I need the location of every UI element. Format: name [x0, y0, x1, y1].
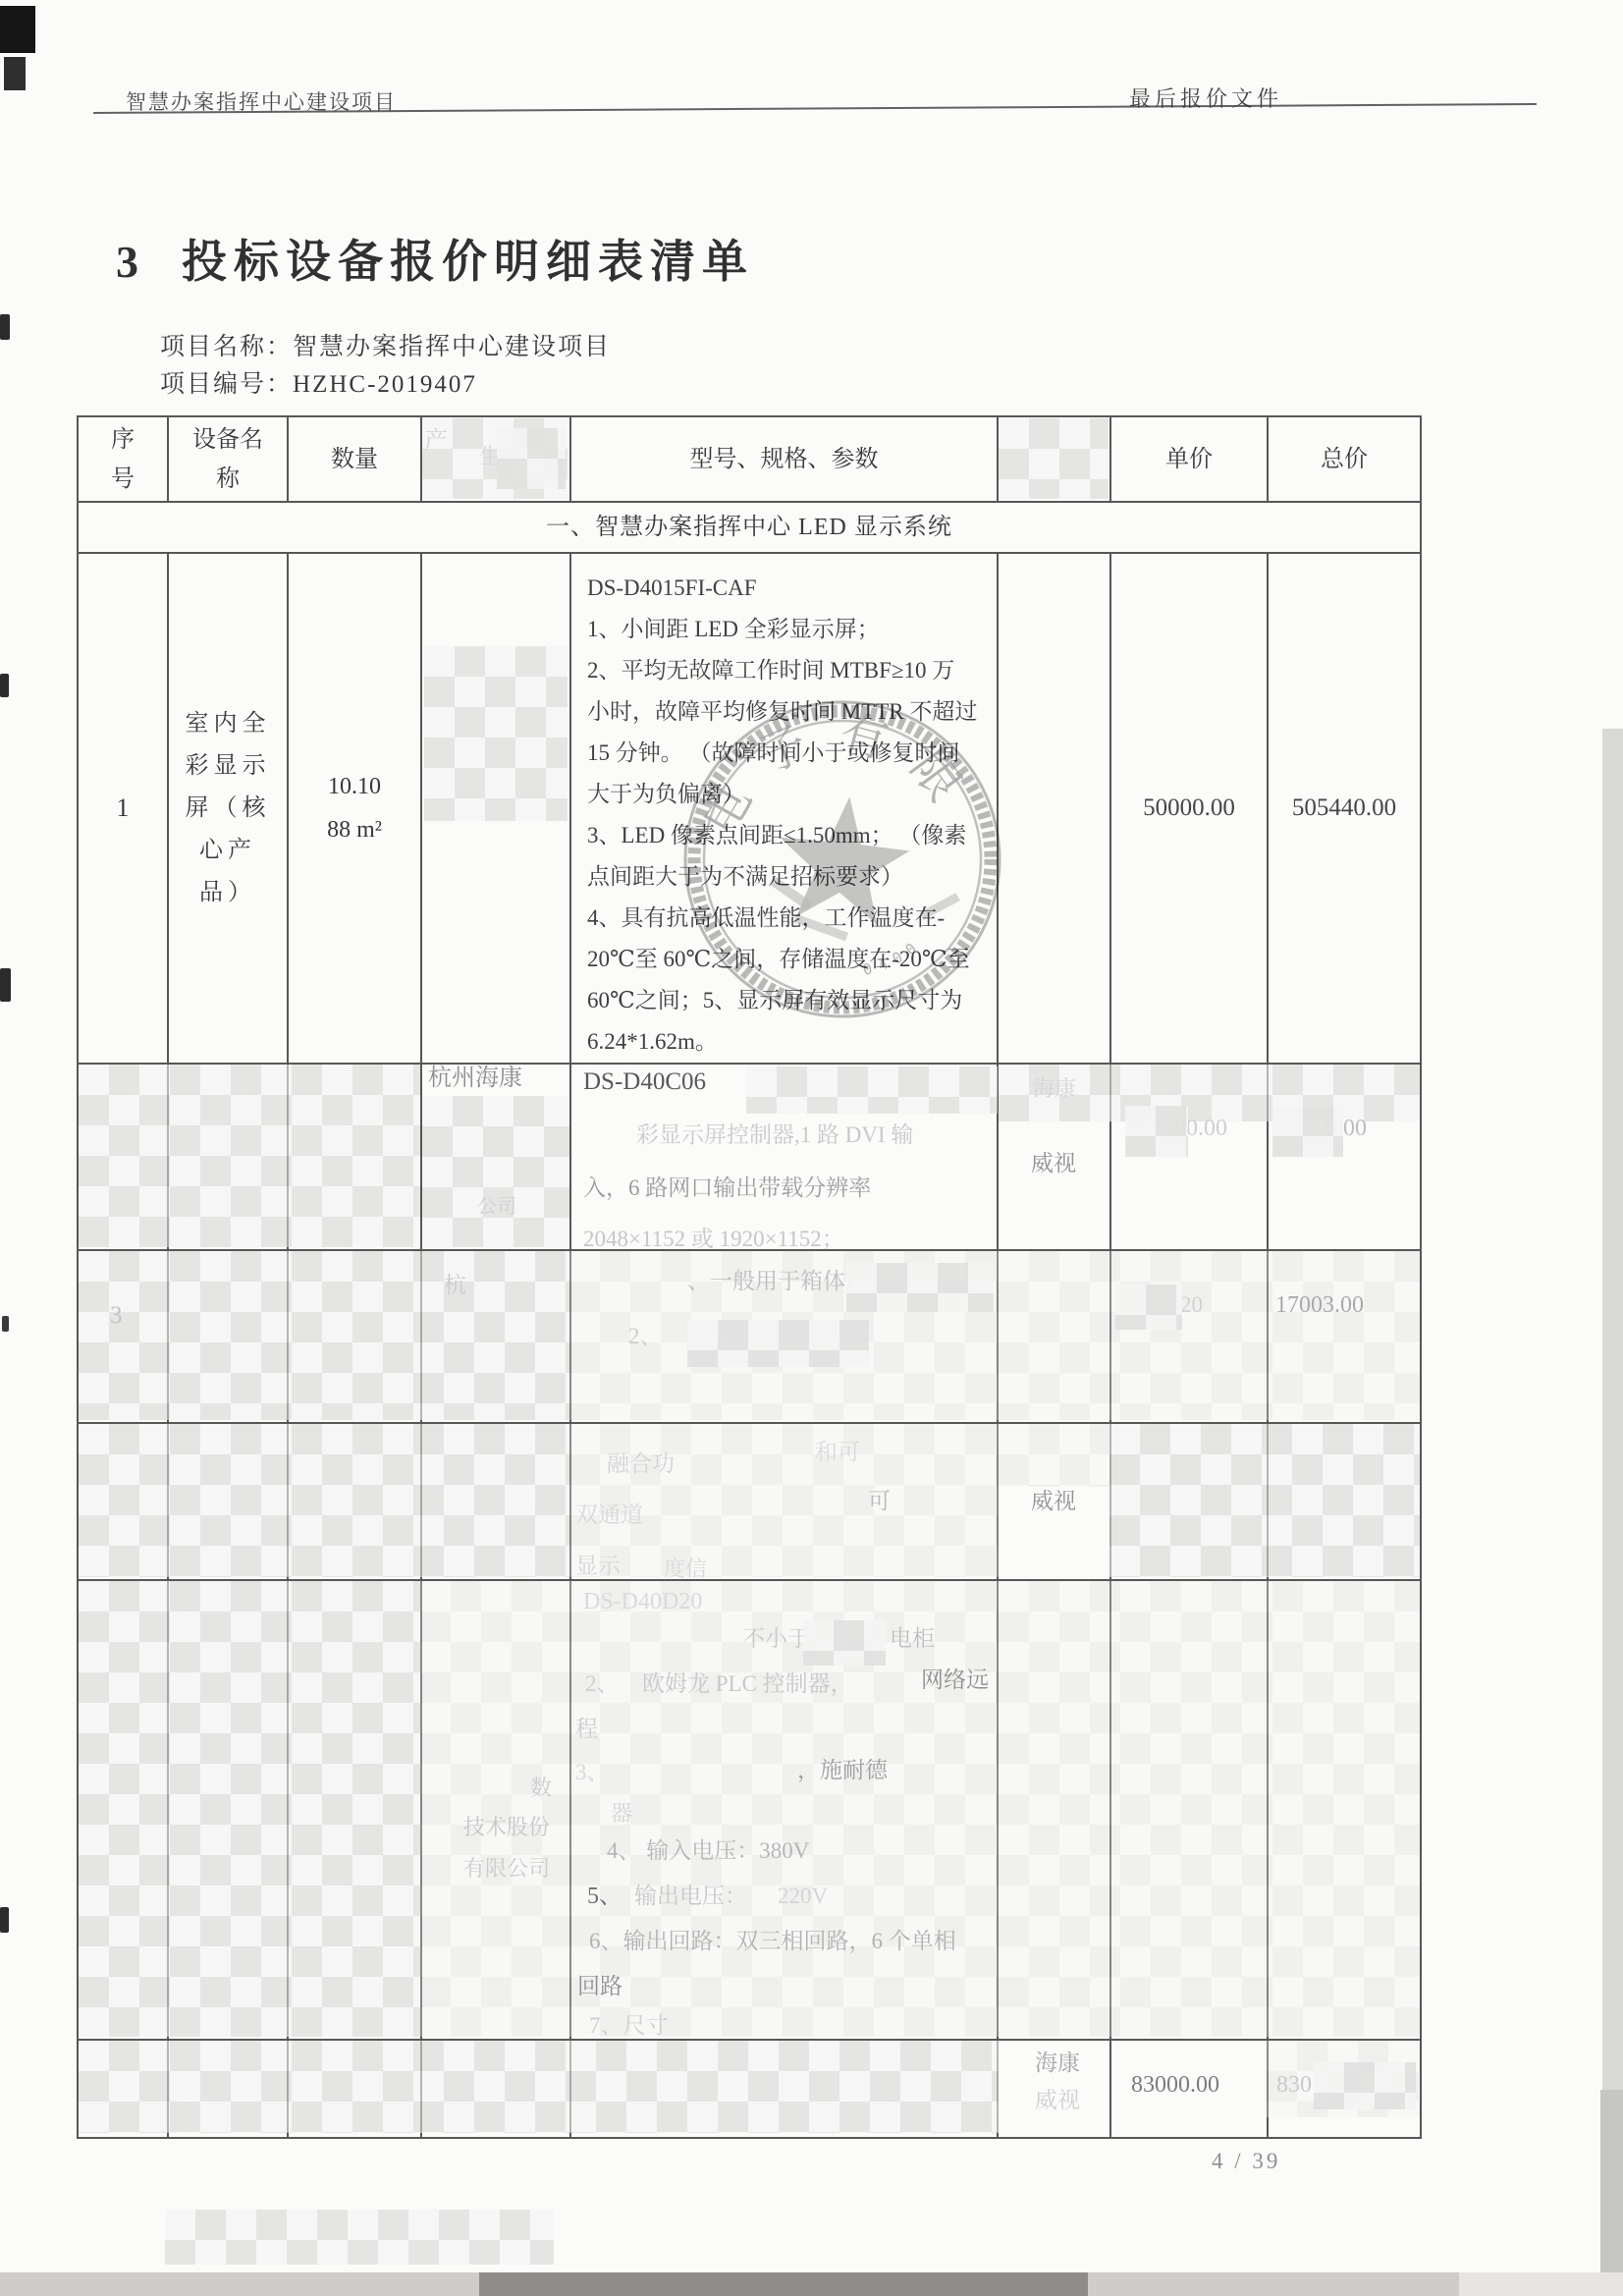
censored-text-fragment: 网络远: [921, 1667, 989, 1693]
censored-text-fragment: 220V: [778, 1884, 828, 1909]
r1-qty-cell: 10.10 88 m²: [289, 554, 422, 1065]
censored-text-fragment: 有限公司: [463, 1856, 550, 1881]
th-seq: 序 号: [79, 417, 169, 503]
scan-artifact-left-dash: [0, 674, 9, 697]
r1-unit-price-cell: 50000.00: [1111, 554, 1269, 1065]
censor-mosaic: [79, 1065, 420, 1247]
censored-text-fragment: 数: [530, 1776, 552, 1800]
censored-text-fragment: 2、: [585, 1671, 620, 1697]
censored-text-fragment: 6、输出回路：双三相回路，6 个单相: [589, 1929, 956, 1954]
section-row-led-system: 一、智慧办案指挥中心 LED 显示系统: [79, 503, 1422, 554]
censored-text-fragment: ，施耐德: [797, 1758, 888, 1783]
censored-text-fragment: 入，6 路网口输出带载分辨率: [583, 1175, 871, 1201]
running-header-right: 最后报价文件: [1129, 82, 1282, 113]
censor-mosaic: [79, 1424, 569, 1577]
company-seal-stamp: 电子有限 0400: [676, 692, 1009, 1026]
th-qty: 数量: [289, 417, 422, 503]
censor-mosaic-over: [687, 1320, 869, 1367]
censored-text-fragment: 公司: [477, 1196, 516, 1219]
censored-text-fragment: 回路: [577, 1974, 622, 1999]
censored-text-fragment: 、一般用于箱体产: [687, 1269, 868, 1294]
censored-text-fragment: 输出电压：: [634, 1884, 747, 1909]
project-name-label: 项目名称：: [160, 334, 293, 360]
censored-text-fragment: 不小于: [742, 1626, 810, 1652]
project-name-line: 项目名称：智慧办案指挥中心建设项目: [160, 327, 611, 362]
censored-text-fragment: 技术股份: [463, 1815, 550, 1839]
scan-artifact-bottom-band: [479, 2272, 1088, 2296]
censored-text-fragment: 海康: [1035, 2050, 1080, 2076]
seal-serial-digits: 0400: [861, 935, 926, 979]
censored-text-fragment: 融合功: [607, 1451, 675, 1477]
censor-mosaic-over: [497, 428, 566, 489]
censor-mosaic: [420, 1581, 569, 2037]
censored-text-fragment: 器: [611, 1801, 632, 1826]
censored-text-fragment: 海康: [1033, 1076, 1076, 1101]
censored-text-fragment: 双通道: [575, 1503, 643, 1528]
scan-artifact-bottom-band: [1459, 2272, 1623, 2296]
page-number: 4 / 39: [1212, 2149, 1280, 2174]
censored-text-fragment: DS-D40D20: [583, 1589, 702, 1616]
scan-artifact-left-dash: [2, 1316, 9, 1332]
censor-mosaic-over: [1115, 1285, 1182, 1330]
censor-mosaic: [79, 1251, 569, 1420]
project-code-value: HZHC-2019407: [293, 371, 477, 398]
censored-text-fragment: 威视: [1031, 1151, 1076, 1176]
censor-mosaic: [999, 1581, 1420, 2037]
censored-text-fragment: 83000.00: [1131, 2072, 1219, 2100]
censored-text-fragment: 杭: [444, 1273, 466, 1298]
censored-text-fragment: 5、: [587, 1884, 622, 1911]
censored-text-fragment: 830: [1276, 2072, 1312, 2100]
scan-artifact-right-strip: [1600, 2090, 1623, 2296]
project-code-line: 项目编号：HZHC-2019407: [160, 364, 477, 400]
r1-total-price-cell: 505440.00: [1269, 554, 1422, 1065]
th-unit-price: 单价: [1111, 417, 1269, 503]
censored-text-fragment: 和可: [815, 1440, 860, 1465]
censored-text-fragment: 杭州海康: [428, 1066, 522, 1093]
censored-text-fragment: 欧姆龙 PLC 控制器，: [642, 1671, 853, 1697]
censor-mosaic: [79, 1581, 420, 2037]
censored-text-fragment: 威视: [1031, 1489, 1076, 1514]
censored-text-fragment: 2、: [628, 1324, 663, 1349]
censor-mosaic-over: [1125, 1106, 1188, 1157]
censor-mosaic-over: [1272, 1106, 1343, 1157]
censored-text-fragment: 彩显示屏控制器,1 路 DVI 输: [636, 1122, 913, 1148]
scan-artifact-corner-mark: [0, 6, 35, 53]
scan-artifact-left-dash: [0, 314, 10, 340]
censor-mosaic: [422, 1096, 569, 1247]
censor-mosaic: [79, 2041, 999, 2133]
th-device-name: 设备名 称: [169, 417, 289, 503]
scan-artifact-left-dash: [0, 1907, 9, 1933]
scan-artifact-left-dash: [0, 968, 11, 1002]
censor-mosaic: [999, 1251, 1420, 1420]
seal-scribble-mark: [919, 893, 959, 920]
censored-text-fragment: 3: [110, 1302, 123, 1331]
censor-mosaic-over: [803, 1620, 886, 1666]
censor-mosaic: [746, 1066, 998, 1114]
censor-mosaic: [999, 1424, 1109, 1487]
project-code-label: 项目编号：: [160, 371, 293, 398]
censored-text-fragment: 17003.00: [1275, 1292, 1364, 1320]
r1-seq-cell: 1: [79, 554, 169, 1065]
seal-scribble-mark: [793, 914, 848, 942]
censored-text-fragment: 程: [575, 1717, 598, 1742]
censored-text-fragment: 7、尺寸: [589, 2013, 669, 2039]
scanned-document-page: 智慧办案指挥中心建设项目 最后报价文件 3 投标设备报价明细表清单 项目名称：智…: [0, 0, 1623, 2296]
censor-mosaic-over: [846, 1263, 994, 1312]
scan-artifact-right-strip: [1602, 729, 1623, 2296]
censored-text-fragment: 度信: [664, 1557, 707, 1581]
censor-mosaic: [1109, 1424, 1420, 1577]
censor-mosaic: [424, 646, 568, 821]
censored-text-fragment: 2048×1152 或 1920×1152；: [583, 1227, 844, 1252]
r1-device-name-cell: 室内全 彩显示 屏（核 心产 品）: [169, 554, 289, 1065]
censor-mosaic: [165, 2210, 554, 2265]
document-title: 3 投标设备报价明细表清单: [116, 226, 754, 291]
censor-mosaic-over: [1314, 2062, 1416, 2109]
censor-mosaic: [569, 1424, 999, 1577]
censor-mosaic: [999, 418, 1109, 499]
censored-text-fragment: 可: [868, 1489, 891, 1514]
project-name-value: 智慧办案指挥中心建设项目: [293, 334, 611, 360]
censored-text-fragment: 威视: [1035, 2088, 1080, 2113]
censored-text-fragment: 电柜: [890, 1626, 935, 1652]
censored-text-fragment: 3、: [575, 1760, 610, 1785]
scan-artifact-corner-mark: [4, 57, 26, 90]
censored-text-fragment: DS-D40C06: [583, 1068, 706, 1097]
r1-brand-cell-censored: [999, 554, 1111, 1065]
th-model-spec: 型号、规格、参数: [571, 417, 999, 503]
censored-text-fragment: 产: [424, 428, 448, 456]
censored-text-fragment: 显示: [575, 1554, 621, 1579]
censored-text-fragment: 4、 输入电压：380V: [607, 1838, 809, 1864]
th-total-price: 总价: [1269, 417, 1422, 503]
seal-star: [772, 790, 915, 927]
censored-text-fragment: 20: [1180, 1292, 1203, 1318]
